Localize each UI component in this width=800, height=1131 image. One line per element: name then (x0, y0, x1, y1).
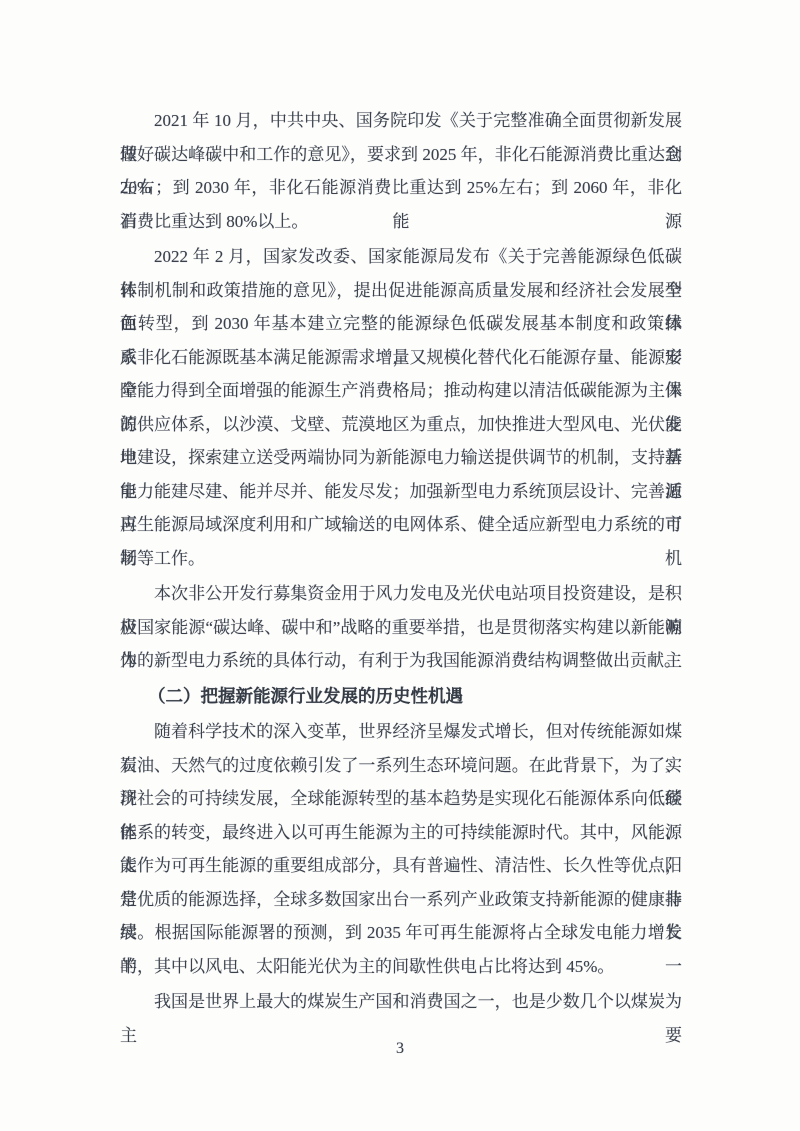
text-line: 体的新型电力系统的具体行动，有利于为我国能源消费结构调整做出贡献。 (120, 644, 682, 678)
text-line: 2021 年 10 月，中共中央、国务院印发《关于完整准确全面贯彻新发展理念 (120, 104, 682, 138)
paragraph: 我国是世界上最大的煤炭生产国和消费国之一，也是少数几个以煤炭为主要 (120, 985, 682, 1019)
text-line: 本次非公开发行募集资金用于风力发电及光伏电站项目投资建设，是积极响 (120, 577, 682, 611)
text-line: 体制机制和政策措施的意见》，提出促进能源高质量发展和经济社会发展全面绿 (120, 274, 682, 308)
text-line: 我国是世界上最大的煤炭生产国和消费国之一，也是少数几个以煤炭为主要 (120, 985, 682, 1019)
text-line: 应国家能源“碳达峰、碳中和”战略的重要举措，也是贯彻落实构建以新能源为主 (120, 611, 682, 645)
text-line: 再生能源局域深度利用和广域输送的电网体系、健全适应新型电力系统的市场机 (120, 508, 682, 542)
text-line: 源供应体系，以沙漠、戈壁、荒漠地区为重点，加快推进大型风电、光伏发电基 (120, 408, 682, 442)
text-line: 电力能建尽建、能并尽并、能发尽发；加强新型电力系统顶层设计、完善适应可 (120, 475, 682, 509)
paragraph: 本次非公开发行募集资金用于风力发电及光伏电站项目投资建设，是积极响应国家能源“碳… (120, 577, 682, 678)
paragraph: 2022 年 2 月，国家发改委、国家能源局发布《关于完善能源绿色低碳转型体制机… (120, 240, 682, 575)
text-line: 常优质的能源选择，全球多数国家出台一系列产业政策支持新能源的健康持续发 (120, 883, 682, 917)
text-line: 左右；到 2030 年，非化石能源消费比重达到 25%左右；到 2060 年，非… (120, 171, 682, 205)
text-line: 石油、天然气的过度依赖引发了一系列生态环境问题。在此背景下，为了实现经 (120, 749, 682, 783)
text-line: 色转型，到 2030 年基本建立完整的能源绿色低碳发展基本制度和政策体系，形 (120, 307, 682, 341)
text-line: 地建设，探索建立送受两端协同为新能源电力输送提供调节的机制，支持新能源 (120, 441, 682, 475)
text-line: 体系的转变，最终进入以可再生能源为主的可持续能源时代。其中，风能、太阳 (120, 816, 682, 850)
section-heading: （二）把握新能源行业发展的历史性机遇 (120, 680, 682, 714)
text-line: 做好碳达峰碳中和工作的意见》，要求到 2025 年，非化石能源消费比重达到 20… (120, 138, 682, 172)
paragraph: 随着科学技术的深入变革，世界经济呈爆发式增长，但对传统能源如煤炭、石油、天然气的… (120, 715, 682, 983)
text-line: 展。根据国际能源署的预测，到 2035 年可再生能源将占全球发电能力增长的一 (120, 916, 682, 950)
text-line: 障能力得到全面增强的能源生产消费格局；推动构建以清洁低碳能源为主体的能 (120, 374, 682, 408)
document-body: 2021 年 10 月，中共中央、国务院印发《关于完整准确全面贯彻新发展理念做好… (120, 104, 682, 1021)
text-line: 半，其中以风电、太阳能光伏为主的间歇性供电占比将达到 45%。 (120, 950, 682, 984)
document-page: 2021 年 10 月，中共中央、国务院印发《关于完整准确全面贯彻新发展理念做好… (0, 0, 800, 1131)
paragraph: 2021 年 10 月，中共中央、国务院印发《关于完整准确全面贯彻新发展理念做好… (120, 104, 682, 238)
text-line: 成非化石能源既基本满足能源需求增量又规模化替代化石能源存量、能源安全保 (120, 341, 682, 375)
text-line: 济社会的可持续发展，全球能源转型的基本趋势是实现化石能源体系向低碳能源 (120, 782, 682, 816)
text-line: 能作为可再生能源的重要组成部分，具有普遍性、清洁性、长久性等优点，是非 (120, 849, 682, 883)
text-line: 随着科学技术的深入变革，世界经济呈爆发式增长，但对传统能源如煤炭、 (120, 715, 682, 749)
page-number: 3 (0, 1038, 800, 1060)
text-line: 2022 年 2 月，国家发改委、国家能源局发布《关于完善能源绿色低碳转型 (120, 240, 682, 274)
